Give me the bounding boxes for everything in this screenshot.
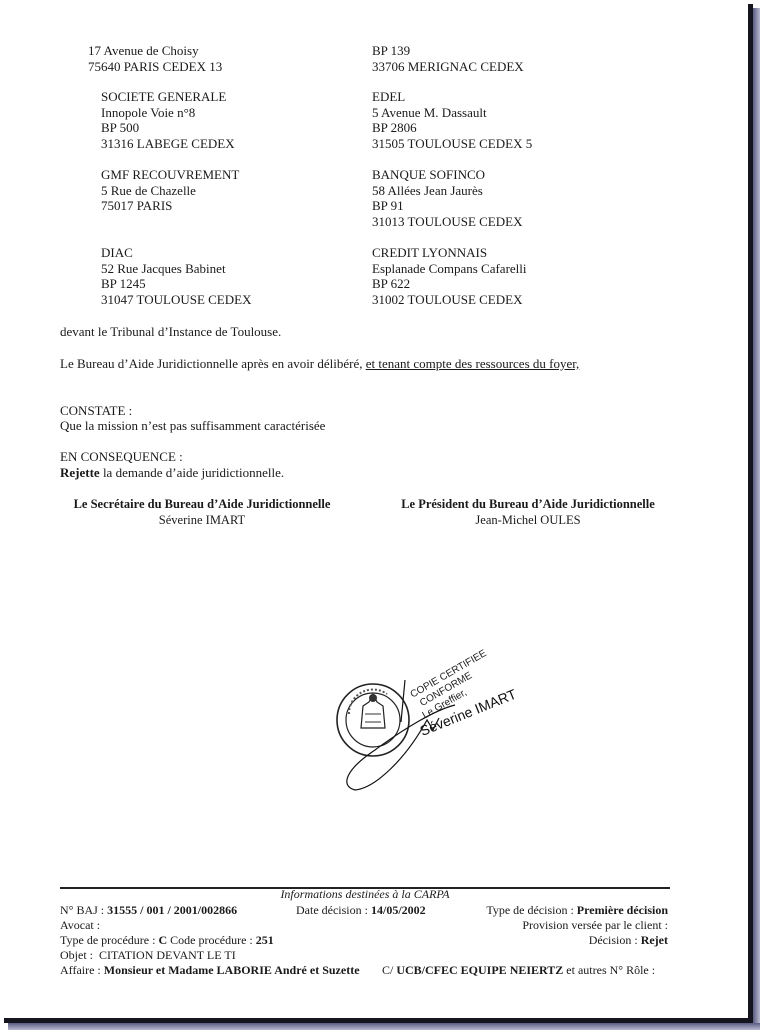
code-procedure-label: Code procédure : xyxy=(167,933,256,947)
secretary-title: Le Secrétaire du Bureau d’Aide Juridicti… xyxy=(58,496,346,512)
address-line: 52 Rue Jacques Babinet xyxy=(101,261,251,277)
baj-value: 31555 / 001 / 2001/002866 xyxy=(107,903,237,917)
bureau-paragraph: Le Bureau d’Aide Juridictionnelle après … xyxy=(60,356,579,372)
president-title: Le Président du Bureau d’Aide Juridictio… xyxy=(388,496,668,512)
objet-value: CITATION DEVANT LE TI xyxy=(99,948,236,962)
contre-value: UCB/CFEC EQUIPE NEIERTZ xyxy=(396,963,563,977)
address-line: 33706 MERIGNAC CEDEX xyxy=(372,59,524,75)
address-line: 5 Rue de Chazelle xyxy=(101,183,239,199)
official-seal-icon xyxy=(337,684,409,756)
provision-label: Provision versée par le client : xyxy=(400,918,668,933)
baj-number: N° BAJ : 31555 / 001 / 2001/002866 xyxy=(60,903,237,918)
address-block-right-1: BP 139 33706 MERIGNAC CEDEX xyxy=(372,43,524,74)
type-procedure-value: C xyxy=(158,933,167,947)
address-line: BP 2806 xyxy=(372,120,532,136)
address-line: 31002 TOULOUSE CEDEX xyxy=(372,292,527,308)
document-page: 17 Avenue de Choisy 75640 PARIS CEDEX 13… xyxy=(0,0,748,1018)
address-line: 31316 LABEGE CEDEX xyxy=(101,136,235,152)
autres-role-label: et autres N° Rôle : xyxy=(563,963,655,977)
secretary-signature-block: Le Secrétaire du Bureau d’Aide Juridicti… xyxy=(58,496,346,528)
type-procedure-label: Type de procédure : xyxy=(60,933,158,947)
president-name: Jean-Michel OULES xyxy=(388,512,668,528)
address-line: 75017 PARIS xyxy=(101,198,239,214)
address-block-left-1: 17 Avenue de Choisy 75640 PARIS CEDEX 13 xyxy=(88,43,222,74)
affaire-line: Affaire : Monsieur et Madame LABORIE And… xyxy=(60,963,360,978)
address-line: SOCIETE GENERALE xyxy=(101,89,235,105)
type-decision-label: Type de décision : xyxy=(486,903,576,917)
address-line: 31013 TOULOUSE CEDEX xyxy=(372,214,522,230)
decision-rest: la demande d’aide juridictionnelle. xyxy=(100,465,284,480)
address-line: 75640 PARIS CEDEX 13 xyxy=(88,59,222,75)
address-line: BP 1245 xyxy=(101,276,251,292)
bureau-text: Le Bureau d’Aide Juridictionnelle après … xyxy=(60,356,366,371)
president-signature-block: Le Président du Bureau d’Aide Juridictio… xyxy=(388,496,668,528)
date-label: Date décision : xyxy=(296,903,371,917)
address-block-sofinco: BANQUE SOFINCO 58 Allées Jean Jaurès BP … xyxy=(372,167,522,229)
address-block-gmf: GMF RECOUVREMENT 5 Rue de Chazelle 75017… xyxy=(101,167,239,214)
consequence-label: EN CONSEQUENCE : xyxy=(60,449,183,465)
address-line: BP 500 xyxy=(101,120,235,136)
carpa-heading: Informations destinées à la CARPA xyxy=(60,887,670,901)
secretary-name: Séverine IMART xyxy=(58,512,346,528)
decision-text: Rejette la demande d’aide juridictionnel… xyxy=(60,465,284,481)
objet-line: Objet : CITATION DEVANT LE TI xyxy=(60,948,236,963)
address-line: BP 622 xyxy=(372,276,527,292)
address-line: 17 Avenue de Choisy xyxy=(88,43,222,59)
address-line: 31505 TOULOUSE CEDEX 5 xyxy=(372,136,532,152)
decision-label: Décision : xyxy=(589,933,641,947)
address-block-edel: EDEL 5 Avenue M. Dassault BP 2806 31505 … xyxy=(372,89,532,151)
procedure-info: Type de procédure : C Code procédure : 2… xyxy=(60,933,274,948)
address-block-credit-lyonnais: CREDIT LYONNAIS Esplanade Compans Cafare… xyxy=(372,245,527,307)
code-procedure-value: 251 xyxy=(256,933,274,947)
objet-label: Objet : xyxy=(60,948,99,962)
address-line: BP 91 xyxy=(372,198,522,214)
address-line: 31047 TOULOUSE CEDEX xyxy=(101,292,251,308)
address-line: CREDIT LYONNAIS xyxy=(372,245,527,261)
type-decision-value: Première décision xyxy=(577,903,668,917)
constate-label: CONSTATE : xyxy=(60,403,132,419)
address-line: EDEL xyxy=(372,89,532,105)
affaire-label: Affaire : xyxy=(60,963,104,977)
page-shadow-bottom xyxy=(8,1023,760,1030)
contre-line: C/ UCB/CFEC EQUIPE NEIERTZ et autres N° … xyxy=(382,963,655,978)
address-block-societe-generale: SOCIETE GENERALE Innopole Voie n°8 BP 50… xyxy=(101,89,235,151)
decision-result: Décision : Rejet xyxy=(400,933,668,948)
decision-verb: Rejette xyxy=(60,465,100,480)
address-block-diac: DIAC 52 Rue Jacques Babinet BP 1245 3104… xyxy=(101,245,251,307)
tribunal-line: devant le Tribunal d’Instance de Toulous… xyxy=(60,324,281,340)
affaire-value: Monsieur et Madame LABORIE André et Suze… xyxy=(104,963,360,977)
page-shadow-right xyxy=(753,8,760,1028)
contre-label: C/ xyxy=(382,963,396,977)
avocat-label: Avocat : xyxy=(60,918,100,933)
certified-copy-stamp: COPIE CERTIFIEE CONFORME Le Greffier, Sé… xyxy=(335,610,535,800)
address-line: GMF RECOUVREMENT xyxy=(101,167,239,183)
address-line: 5 Avenue M. Dassault xyxy=(372,105,532,121)
baj-label: N° BAJ : xyxy=(60,903,107,917)
address-line: BP 139 xyxy=(372,43,524,59)
address-line: Esplanade Compans Cafarelli xyxy=(372,261,527,277)
address-line: 58 Allées Jean Jaurès xyxy=(372,183,522,199)
constate-text: Que la mission n’est pas suffisamment ca… xyxy=(60,418,325,434)
decision-value: Rejet xyxy=(641,933,668,947)
address-line: DIAC xyxy=(101,245,251,261)
address-line: Innopole Voie n°8 xyxy=(101,105,235,121)
bureau-underlined-text: et tenant compte des ressources du foyer… xyxy=(366,356,580,371)
type-decision: Type de décision : Première décision xyxy=(400,903,668,918)
address-line: BANQUE SOFINCO xyxy=(372,167,522,183)
